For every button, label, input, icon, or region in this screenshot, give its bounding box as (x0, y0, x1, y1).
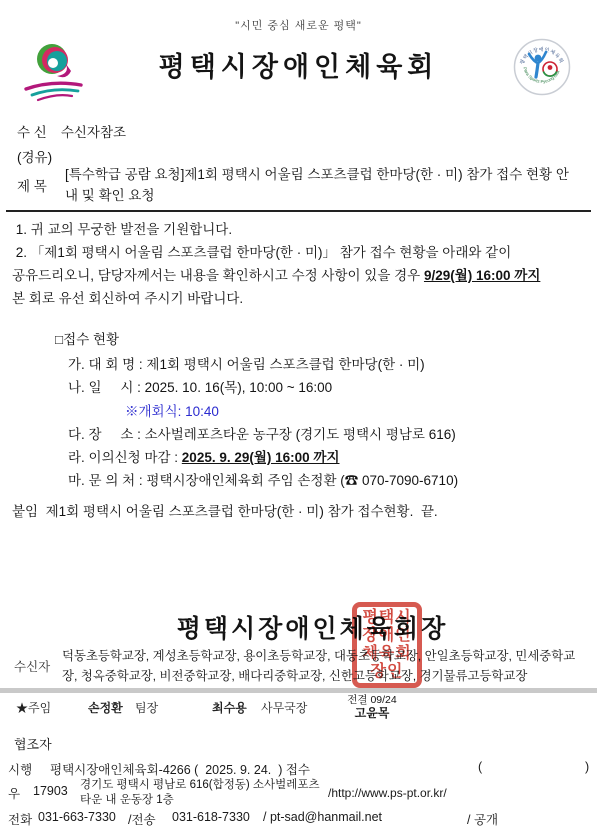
document-number: 평택시장애인체육회-4266 ( 2025. 9. 24. ) 접수 (50, 760, 310, 778)
seal-text-row: 평택시 (362, 610, 411, 626)
attachment-line: 붙임 제1회 평택시 어울림 스포츠클럽 한마당(한 · 미) 참가 접수현황.… (12, 500, 438, 520)
status-item-competition: 가. 대 회 명 : 제1회 평택시 어울림 스포츠클럽 한마당(한 · 미) (68, 353, 588, 376)
status-item-objection-deadline: 라. 이의신청 마감 : 2025. 9. 29(월) 16:00 까지 (68, 446, 588, 469)
zip-code: 17903 (33, 784, 68, 798)
approval-role-secretary-general: 사무국장 (261, 699, 307, 716)
recipient-line: 수 신수신자참조 (17, 121, 126, 141)
para-sports-badge-icon: 평택시장애인체육회 Para Sports PyeongTaek (513, 38, 571, 96)
subject-text: [특수학급 공람 요청]제1회 평택시 어울림 스포츠클럽 한마당(한 · 미)… (65, 164, 573, 206)
subject-row: 제 목 [특수학급 공람 요청]제1회 평택시 어울림 스포츠클럽 한마당(한 … (17, 164, 583, 206)
body-paragraph-1: 1. 귀 교의 무궁한 발전을 기원합니다. (12, 218, 590, 241)
approval-name-team-leader: 최수용 (212, 699, 247, 716)
zip-label: 우 (8, 784, 20, 802)
city-slogan: "시민 중심 새로운 평택" (0, 17, 597, 33)
body-paragraph-3-text: 공유드리오니, 담당자께서는 내용을 확인하시고 수정 사항이 있을 경우 (12, 268, 424, 283)
body-paragraph-2: 2. 「제1회 평택시 어울림 스포츠클럽 한마당(한 · 미)」 참가 접수 … (12, 241, 590, 264)
status-item-contact: 마. 문 의 처 : 평택시장애인체육회 주임 손정환 (☎ 070-7090-… (68, 469, 588, 492)
status-item-label: 가. 대 회 명 : (68, 357, 146, 372)
disclosure-label: / 공개 (467, 810, 498, 828)
subject-label: 제 목 (17, 175, 53, 195)
recipient-value: 수신자참조 (61, 125, 126, 140)
approval-decision-block: 전결 09/24 고윤목 (322, 694, 422, 720)
tel-number: 031-663-7330 (38, 810, 116, 824)
receipt-blank-open: ( (478, 760, 482, 774)
body-paragraph-4: 본 회로 유선 회신하여 주시기 바랍니다. (12, 287, 590, 310)
recipients-list: 덕동초등학교장, 계성초등학교장, 용이초등학교장, 대동초등학교장, 안일초등… (62, 646, 586, 686)
recipient-label: 수 신 (17, 125, 47, 140)
approval-role-team-leader: 팀장 (135, 699, 158, 716)
objection-deadline-value: 2025. 9. 29(월) 16:00 까지 (182, 450, 340, 465)
reception-status-list: 가. 대 회 명 : 제1회 평택시 어울림 스포츠클럽 한마당(한 · 미) … (68, 353, 588, 493)
execution-label: 시행 (8, 760, 32, 778)
status-item-value: 소사벌레포츠타운 농구장 (경기도 평택시 평남로 616) (145, 427, 456, 442)
signer-title: 평택시장애인체육회장 (0, 609, 597, 645)
fax-label: /전송 (128, 810, 156, 828)
status-item-label: 라. 이의신청 마감 : (68, 450, 182, 465)
seal-text-row: 장애인 (362, 628, 411, 644)
document-page: "시민 중심 새로운 평택" 평택시장애인체육회 평택시장애인체육회 Para … (0, 0, 597, 834)
body-text: 1. 귀 교의 무궁한 발전을 기원합니다. 2. 「제1회 평택시 어울림 스… (12, 218, 590, 310)
separator-bar (0, 688, 597, 693)
receipt-blank-close: ) (585, 760, 589, 774)
approval-role-junior: ★주임 (16, 699, 51, 716)
recipients-label: 수신자 (14, 657, 50, 675)
status-item-label: 다. 장 소 : (68, 427, 145, 442)
cooperator-label: 협조자 (14, 734, 52, 753)
fax-number: 031-618-7330 (172, 810, 250, 824)
status-item-value: 제1회 평택시 어울림 스포츠클럽 한마당(한 · 미) (146, 357, 424, 372)
approval-decision-name: 고윤목 (322, 707, 422, 720)
status-item-datetime: 나. 일 시 : 2025. 10. 16(목), 10:00 ~ 16:00 (68, 376, 588, 399)
status-item-venue: 다. 장 소 : 소사벌레포츠타운 농구장 (경기도 평택시 평남로 616) (68, 423, 588, 446)
email-address: / pt-sad@hanmail.net (263, 810, 382, 824)
reply-deadline: 9/29(월) 16:00 까지 (424, 268, 540, 283)
status-item-label: 나. 일 시 : (68, 380, 145, 395)
reception-status-heading: □접수 현황 (55, 328, 119, 348)
via-label: (경유) (17, 146, 52, 166)
homepage-url: /http://www.ps-pt.or.kr/ (328, 786, 447, 800)
status-item-value: 2025. 10. 16(목), 10:00 ~ 16:00 (145, 380, 333, 395)
header-divider (6, 210, 591, 212)
org-title: 평택시장애인체육회 (0, 45, 597, 84)
status-item-label: 마. 문 의 처 : (68, 473, 146, 488)
address-text: 경기도 평택시 평남로 616(합정동) 소사벌레포츠타운 내 운동장 1층 (80, 778, 322, 808)
tel-label: 전화 (8, 810, 32, 828)
opening-ceremony-note: ※개회식: 10:40 (68, 400, 588, 423)
approval-name-junior: 손정환 (88, 699, 123, 716)
status-item-value: 평택시장애인체육회 주임 손정환 (☎ 070-7090-6710) (146, 473, 458, 488)
body-paragraph-3: 공유드리오니, 담당자께서는 내용을 확인하시고 수정 사항이 있을 경우 9/… (12, 264, 590, 287)
